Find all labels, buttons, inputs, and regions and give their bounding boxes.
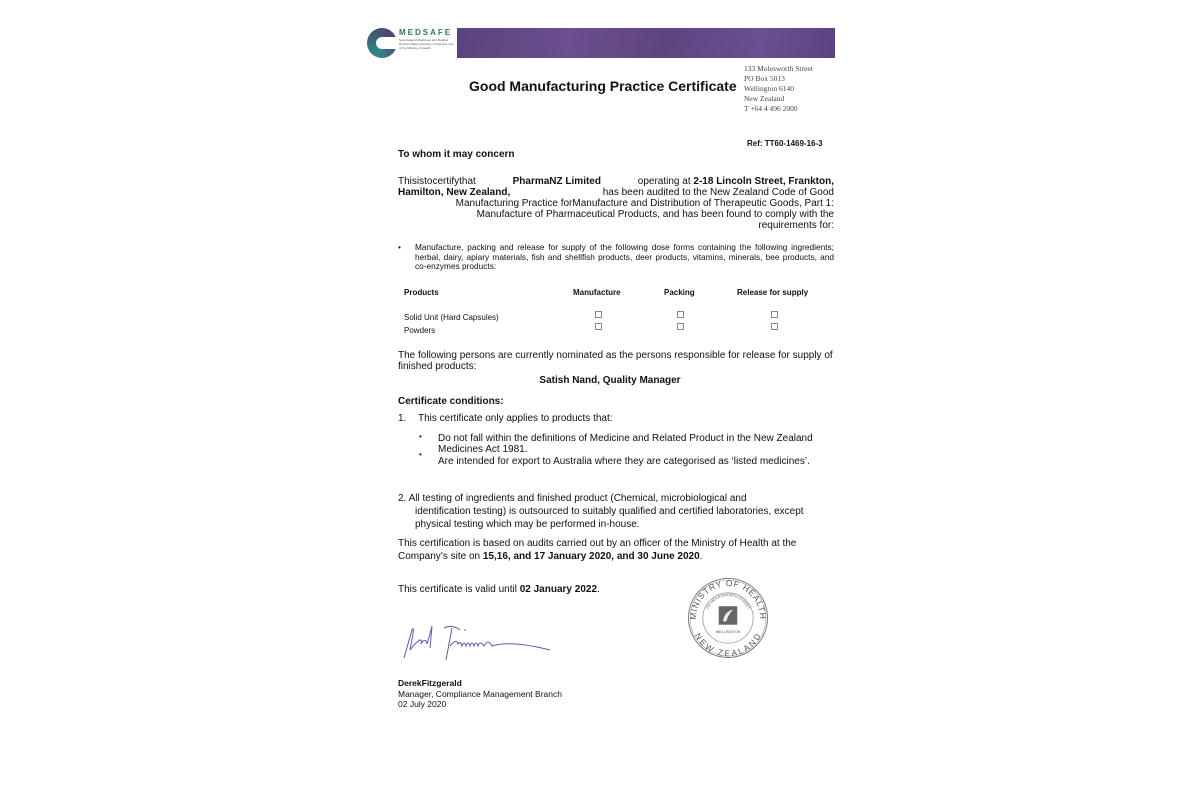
ministry-address: 133 Molesworth Street PO Box 5013 Wellin… [744,64,813,114]
responsible-persons-text: The following persons are currently nomi… [398,350,838,372]
reference-number: Ref: TT60-1469-16-3 [747,139,823,148]
bullet-icon: • [419,432,422,441]
intro-line: Manufacturing Practice forManufacture an… [398,198,834,209]
intro-operating: operating at [638,176,691,187]
medsafe-logo: MEDSAFE New Zealand Medicines and Medica… [367,28,457,60]
audit-basis: This certification is based on audits ca… [398,537,838,563]
condition-bullet: Do not fall within the definitions of Me… [438,433,818,455]
medsafe-logo-icon [367,28,397,58]
certification-statement: Thisistocertifythat PharmaNZ Limited ope… [398,176,834,231]
intro-audited: has been audited to the New Zealand Code… [603,187,834,198]
address-phone: T +64 4 496 2000 [744,104,813,114]
header-banner [457,28,835,58]
document-title: Good Manufacturing Practice Certificate [469,78,737,94]
signatory-name: DerekFitzgerald [398,678,562,689]
release-checkbox [771,311,778,318]
svg-text:NEW ZEALAND: NEW ZEALAND [693,631,763,658]
column-header: Manufacture [573,288,621,297]
address-line: New Zealand [744,94,813,104]
product-name: Powders [404,326,435,335]
dose-forms-item: • Manufacture, packing and release for s… [398,243,834,272]
site-address-city: Hamilton, New Zealand, [398,187,510,198]
signature-date: 02 July 2020 [398,699,562,710]
condition-bullet: Are intended for export to Australia whe… [438,456,818,467]
signature-icon [400,620,560,665]
packing-checkbox [677,323,684,330]
bullet-icon: • [398,243,401,253]
packing-checkbox [677,311,684,318]
dose-forms-text: Manufacture, packing and release for sup… [415,243,834,272]
condition-line: physical testing which may be performed … [398,518,834,531]
condition-line: 2. All testing of ingredients and finish… [398,492,834,505]
release-checkbox [771,323,778,330]
signatory-title: Manager, Compliance Management Branch [398,689,562,700]
column-header: Products [404,288,439,297]
svg-text:WELLINGTON: WELLINGTON [716,630,741,634]
valid-until-date: 02 January 2022 [520,584,597,595]
punctuation: . [597,584,600,595]
condition-number: 1. [398,413,406,424]
logo-subtitle: New Zealand Medicines and Medical Device… [399,38,455,50]
condition-text: This certificate only applies to product… [418,413,613,424]
address-line: Wellington 6140 [744,84,813,94]
column-header: Release for supply [737,288,808,297]
ministry-stamp-icon: MINISTRY OF HEALTH NEW ZEALAND 133 MOLES… [686,576,770,660]
intro-line: requirements for: [398,220,834,231]
validity-statement: This certificate is valid until 02 Janua… [398,584,600,595]
address-line: PO Box 5013 [744,74,813,84]
punctuation: . [700,551,703,562]
bullet-icon: • [419,450,422,459]
conditions-heading: Certificate conditions: [398,396,504,407]
site-address: 2-18 Lincoln Street, Frankton, [693,176,834,187]
manufacture-checkbox [595,323,602,330]
signatory-block: DerekFitzgerald Manager, Compliance Mana… [398,678,562,710]
company-name: PharmaNZ Limited [513,176,601,187]
logo-wordmark: MEDSAFE [399,28,452,37]
intro-line: Manufacture of Pharmaceutical Products, … [398,209,834,220]
audit-dates: 15,16, and 17 January 2020, and 30 June … [483,551,700,562]
manufacture-checkbox [595,311,602,318]
intro-prefix: Thisistocertifythat [398,176,476,187]
validity-text: This certificate is valid until [398,584,517,595]
nominated-person: Satish Nand, Quality Manager [398,375,822,386]
product-name: Solid Unit (Hard Capsules) [404,313,499,322]
column-header: Packing [664,288,695,297]
address-line: 133 Molesworth Street [744,64,813,74]
condition-2: 2. All testing of ingredients and finish… [398,492,834,531]
salutation: To whom it may concern [398,149,515,160]
condition-line: identification testing) is outsourced to… [398,505,834,518]
